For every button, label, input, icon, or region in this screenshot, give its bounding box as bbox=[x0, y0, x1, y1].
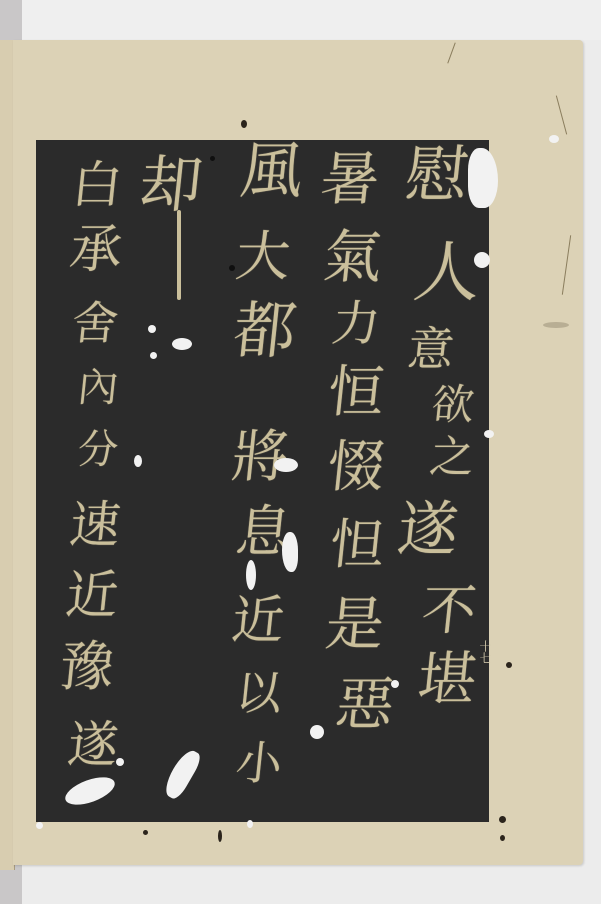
character: 暑 bbox=[318, 150, 382, 208]
character: 慰 bbox=[403, 144, 472, 206]
paper-crack bbox=[556, 96, 567, 135]
character: 人 bbox=[411, 240, 484, 306]
paper-speck bbox=[143, 830, 148, 835]
character: 以 bbox=[234, 670, 285, 716]
character: 速 bbox=[67, 500, 122, 550]
character: 之 bbox=[428, 436, 477, 480]
worm-hole bbox=[543, 322, 569, 328]
character: 惡 bbox=[333, 675, 397, 733]
worm-hole bbox=[391, 680, 399, 688]
worm-hole bbox=[134, 455, 142, 467]
paper-speck bbox=[506, 662, 512, 668]
character: 小 bbox=[234, 740, 285, 786]
worm-hole bbox=[172, 338, 192, 350]
character: 遂 bbox=[65, 720, 120, 770]
character: 却 bbox=[137, 154, 206, 216]
character: 恒 bbox=[325, 365, 387, 421]
worm-hole bbox=[549, 135, 559, 143]
character: 欲 bbox=[430, 384, 476, 426]
worm-hole bbox=[282, 532, 298, 572]
worm-hole bbox=[116, 758, 124, 766]
backdrop bbox=[22, 0, 601, 40]
worm-hole bbox=[474, 252, 490, 268]
paper-crack bbox=[562, 235, 571, 295]
worm-hole bbox=[274, 458, 298, 472]
character: 承 bbox=[67, 224, 124, 276]
panel-speck bbox=[210, 156, 215, 161]
worm-hole bbox=[148, 325, 156, 333]
character: 分 bbox=[76, 430, 120, 470]
worm-hole bbox=[62, 772, 118, 810]
rubbing-panel: 慰 人 意 欲 之 遂 不 堪 暑 氣 力 恒 惙 怛 是 惡 風 大 都 將 … bbox=[36, 140, 489, 822]
character: 不 bbox=[419, 584, 479, 638]
paper-speck bbox=[500, 835, 505, 841]
album-page: 慰 人 意 欲 之 遂 不 堪 暑 氣 力 恒 惙 怛 是 惡 風 大 都 將 … bbox=[13, 40, 583, 865]
character: 遂 bbox=[395, 500, 461, 560]
paper-speck bbox=[499, 816, 506, 823]
worm-hole bbox=[160, 746, 203, 801]
long-vertical-stroke bbox=[177, 210, 181, 300]
page-number: 十七 bbox=[479, 640, 491, 664]
worm-hole bbox=[246, 560, 256, 590]
worm-hole bbox=[36, 822, 43, 829]
paper-speck bbox=[241, 120, 247, 128]
paper-speck bbox=[218, 830, 222, 842]
character: 近 bbox=[229, 595, 286, 647]
character: 豫 bbox=[57, 640, 117, 694]
character: 堪 bbox=[415, 650, 479, 708]
character: 大 bbox=[233, 230, 293, 284]
character: 怛 bbox=[327, 518, 387, 572]
character: 內 bbox=[76, 368, 120, 408]
character: 惙 bbox=[325, 440, 387, 496]
worm-hole bbox=[150, 352, 157, 359]
character: 風 bbox=[238, 140, 307, 202]
character: 舍 bbox=[70, 300, 121, 346]
character: 是 bbox=[323, 595, 387, 653]
worm-hole bbox=[310, 725, 324, 739]
character: 意 bbox=[406, 326, 457, 372]
panel-speck bbox=[229, 265, 235, 271]
worm-hole bbox=[247, 820, 253, 828]
worm-hole bbox=[484, 430, 494, 438]
character: 氣 bbox=[321, 228, 385, 286]
character: 白 bbox=[69, 160, 124, 210]
paper-crack bbox=[447, 42, 455, 63]
worm-hole bbox=[468, 148, 498, 208]
character: 近 bbox=[63, 570, 120, 622]
character: 力 bbox=[329, 300, 382, 348]
character: 都 bbox=[231, 300, 300, 362]
